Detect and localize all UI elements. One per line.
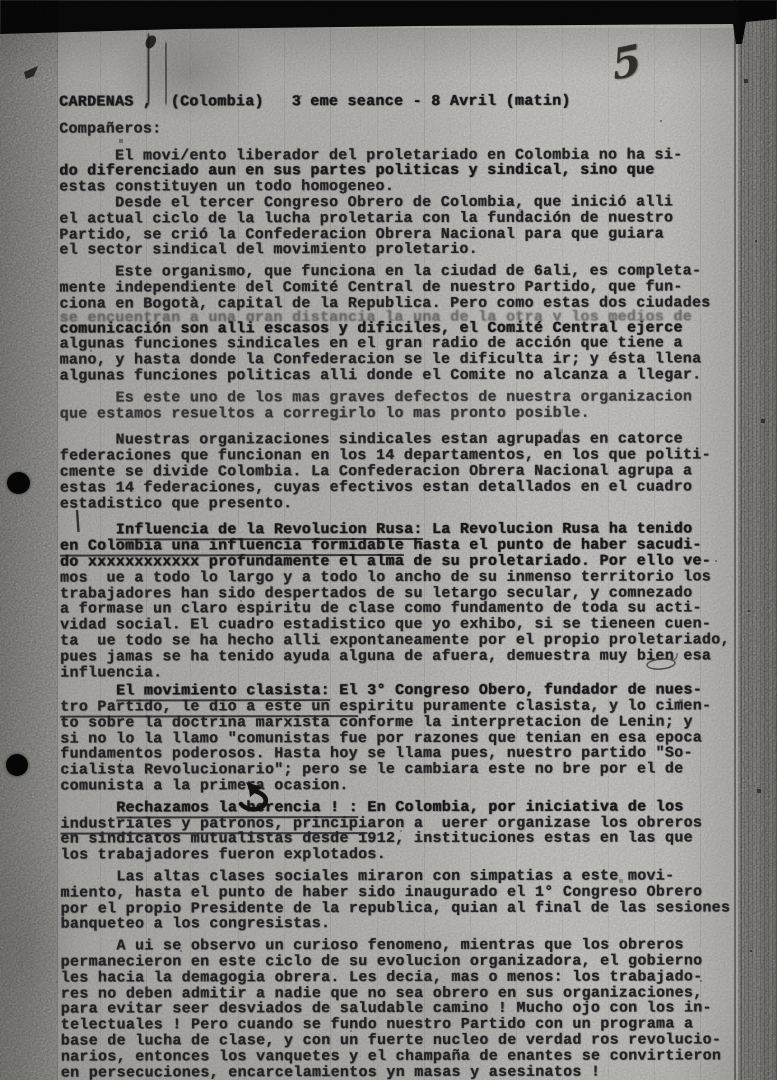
scan-speckles (0, 0, 2, 2)
line-text: el sector sindical del movimiento prolet… (59, 241, 478, 259)
text-line: estadistico que presento. (60, 495, 752, 512)
text-line: los trabajadores fueron explotados. (60, 847, 752, 864)
line-text: en persecuciones, encarcelamientos yn ma… (61, 1063, 601, 1080)
line-text: pues jamas se ha tenido ayuda alguna de … (60, 647, 711, 665)
text-line: el sector sindical del movimiento prolet… (59, 242, 751, 259)
text-line: en sindicatos mutualistas desde 1912, in… (60, 831, 752, 848)
text-line: Compañeros: (59, 120, 751, 137)
text-line: estas 14 federaciones, cuyas efectivos e… (60, 479, 752, 496)
document-text: CARDENAS , (Colombia) 3 eme seance - 8 A… (59, 93, 753, 1080)
text-line: CARDENAS , (Colombia) 3 eme seance - 8 A… (59, 93, 751, 110)
text-line: se encuentran a una gran distancia la un… (60, 309, 752, 321)
text-line: algunas funciones politicas alli donde e… (60, 367, 752, 384)
line-text: influencia. (60, 664, 162, 681)
text-line: que estamos resueltos a corregirlo lo ma… (60, 405, 752, 422)
line-text: comunista a la primera ocasion. (60, 777, 348, 795)
punch-hole (7, 472, 30, 494)
text-line: cialista Revolucionario"; pero se le cam… (60, 762, 752, 779)
line-text: CARDENAS , (Colombia) 3 eme seance - 8 A… (59, 93, 571, 111)
line-text: cialista Revolucionario"; pero se le cam… (60, 761, 683, 779)
line-text: los trabajadores fueron explotados. (60, 846, 386, 864)
text-line: influencia. (60, 664, 752, 681)
text-line: comunista a la primera ocasion. (60, 777, 752, 794)
line-text: banqueteo a los congresistas. (61, 916, 331, 933)
line-indent (60, 522, 116, 539)
line-text: estadistico que presento. (60, 495, 293, 512)
scanned-document-page: 5 CARDENAS , (Colombia) 3 eme seance - 8… (0, 0, 777, 1080)
text-line: pues jamas se ha tenido ayuda alguna de … (60, 648, 752, 665)
line-text: Compañeros: (59, 120, 161, 137)
line-text: algunas funciones politicas alli donde e… (60, 366, 702, 384)
line-text: se encuentran a una gran distancia la un… (60, 309, 693, 321)
line-indent (60, 683, 116, 700)
line-indent (60, 799, 116, 816)
line-text: estas 14 federaciones, cuyas efectivos e… (60, 478, 693, 496)
line-text: que estamos resueltos a corregirlo lo ma… (60, 404, 590, 422)
handwritten-page-number: 5 (609, 35, 644, 90)
text-line: en persecuciones, encarcelamientos yn ma… (61, 1064, 753, 1080)
text-line: banqueteo a los congresistas. (61, 916, 753, 933)
punch-hole (6, 754, 28, 776)
text-line: do diferenciado aun en sus partes politi… (59, 163, 751, 180)
